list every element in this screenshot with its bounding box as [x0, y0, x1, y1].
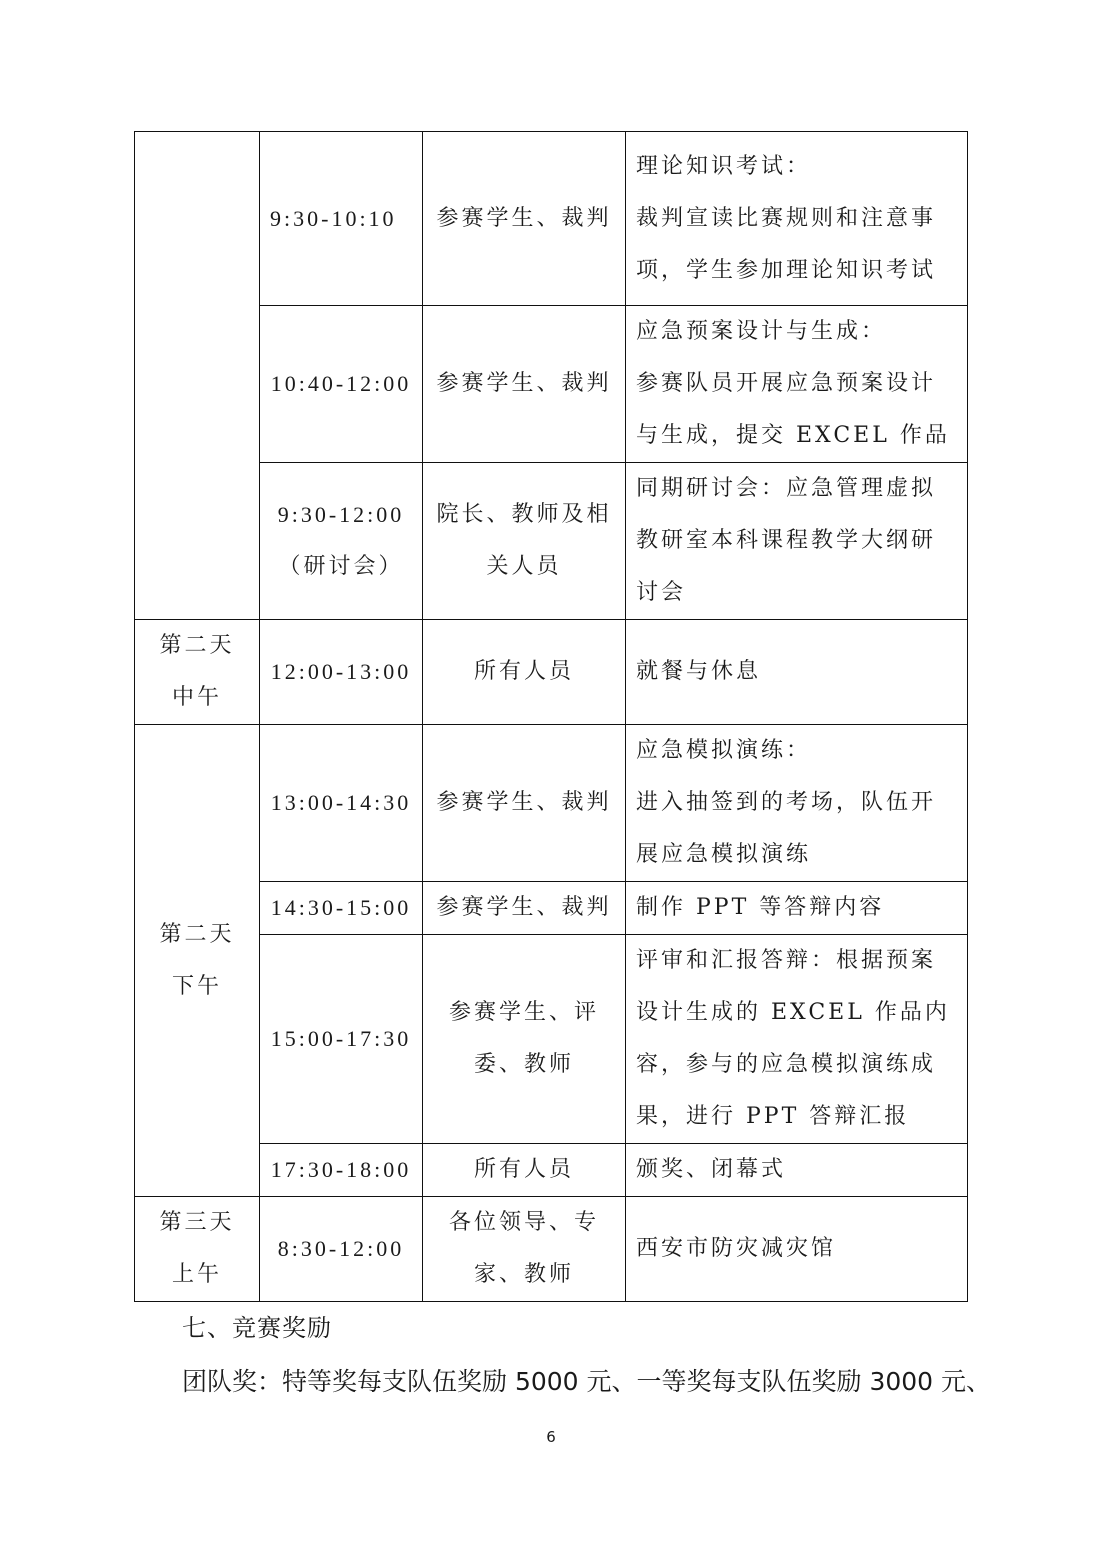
content-cell: 制作 PPT 等答辩内容	[626, 882, 968, 935]
people-text: 参赛学生、裁判	[433, 358, 615, 410]
people-text: 家、教师	[433, 1249, 615, 1301]
time-cell: 10:40-12:00	[260, 306, 423, 463]
content-text: 就餐与休息	[636, 646, 957, 698]
people-cell: 参赛学生、裁判	[423, 725, 626, 882]
day-text: 第三天	[145, 1197, 249, 1249]
table-row: 17:30-18:00 所有人员 颁奖、闭幕式	[135, 1144, 968, 1197]
content-cell: 评审和汇报答辩：根据预案 设计生成的 EXCEL 作品内 容，参与的应急模拟演练…	[626, 935, 968, 1144]
people-text: 关人员	[433, 541, 615, 593]
people-text: 参赛学生、裁判	[433, 777, 615, 829]
day-text: 第二天	[145, 909, 249, 961]
time-note: （研讨会）	[270, 541, 412, 593]
time-text: 8:30-12:00	[270, 1223, 412, 1275]
people-cell: 院长、教师及相 关人员	[423, 463, 626, 620]
table-row: 9:30-12:00 （研讨会） 院长、教师及相 关人员 同期研讨会：应急管理虚…	[135, 463, 968, 620]
day-cell: 第二天 下午	[135, 725, 260, 1197]
day-text: 第二天	[145, 620, 249, 672]
people-cell: 参赛学生、评 委、教师	[423, 935, 626, 1144]
period-text: 上午	[145, 1249, 249, 1301]
time-cell: 8:30-12:00	[260, 1197, 423, 1302]
table-row: 10:40-12:00 参赛学生、裁判 应急预案设计与生成： 参赛队员开展应急预…	[135, 306, 968, 463]
time-cell: 9:30-12:00 （研讨会）	[260, 463, 423, 620]
content-cell: 同期研讨会：应急管理虚拟 教研室本科课程教学大纲研 讨会	[626, 463, 968, 620]
content-text: 教研室本科课程教学大纲研	[636, 515, 957, 567]
content-text: 应急模拟演练：	[636, 725, 957, 777]
day-cell: 第二天 中午	[135, 620, 260, 725]
time-text: 13:00-14:30	[270, 777, 412, 829]
people-text: 院长、教师及相	[433, 489, 615, 541]
time-cell: 15:00-17:30	[260, 935, 423, 1144]
content-text: 果，进行 PPT 答辩汇报	[636, 1091, 957, 1143]
people-cell: 各位领导、专 家、教师	[423, 1197, 626, 1302]
content-text: 项，学生参加理论知识考试	[636, 245, 957, 297]
period-text: 下午	[145, 961, 249, 1013]
table-row: 9:30-10:10 参赛学生、裁判 理论知识考试： 裁判宣读比赛规则和注意事 …	[135, 132, 968, 306]
people-cell: 所有人员	[423, 620, 626, 725]
time-cell: 14:30-15:00	[260, 882, 423, 935]
table-row: 14:30-15:00 参赛学生、裁判 制作 PPT 等答辩内容	[135, 882, 968, 935]
content-text: 理论知识考试：	[636, 141, 957, 193]
content-text: 进入抽签到的考场，队伍开	[636, 777, 957, 829]
content-text: 容，参与的应急模拟演练成	[636, 1039, 957, 1091]
section-heading: 七、竞赛奖励	[182, 1308, 332, 1343]
content-text: 参赛队员开展应急预案设计	[636, 358, 957, 410]
people-text: 所有人员	[433, 646, 615, 698]
people-cell: 参赛学生、裁判	[423, 306, 626, 463]
people-text: 参赛学生、裁判	[433, 882, 615, 934]
content-cell: 就餐与休息	[626, 620, 968, 725]
people-text: 参赛学生、裁判	[433, 193, 615, 245]
time-cell: 17:30-18:00	[260, 1144, 423, 1197]
content-text: 讨会	[636, 567, 957, 619]
day-cell: 第三天 上午	[135, 1197, 260, 1302]
content-text: 与生成，提交 EXCEL 作品	[636, 410, 957, 462]
people-text: 委、教师	[433, 1039, 615, 1091]
people-text: 所有人员	[433, 1144, 615, 1196]
table-row: 第三天 上午 8:30-12:00 各位领导、专 家、教师 西安市防灾减灾馆	[135, 1197, 968, 1302]
people-text: 参赛学生、评	[433, 987, 615, 1039]
people-cell: 参赛学生、裁判	[423, 132, 626, 306]
day-cell	[135, 132, 260, 620]
content-cell: 颁奖、闭幕式	[626, 1144, 968, 1197]
content-cell: 应急预案设计与生成： 参赛队员开展应急预案设计 与生成，提交 EXCEL 作品	[626, 306, 968, 463]
content-text: 应急预案设计与生成：	[636, 306, 957, 358]
content-text: 设计生成的 EXCEL 作品内	[636, 987, 957, 1039]
table-row: 15:00-17:30 参赛学生、评 委、教师 评审和汇报答辩：根据预案 设计生…	[135, 935, 968, 1144]
content-text: 制作 PPT 等答辩内容	[636, 882, 957, 934]
page-number: 6	[0, 1428, 1102, 1446]
award-paragraph: 团队奖：特等奖每支队伍奖励 5000 元、一等奖每支队伍奖励 3000 元、	[182, 1362, 991, 1398]
time-cell: 13:00-14:30	[260, 725, 423, 882]
time-text: 12:00-13:00	[270, 646, 412, 698]
table-row: 第二天 中午 12:00-13:00 所有人员 就餐与休息	[135, 620, 968, 725]
time-text: 9:30-10:10	[270, 193, 412, 245]
content-cell: 理论知识考试： 裁判宣读比赛规则和注意事 项，学生参加理论知识考试	[626, 132, 968, 306]
time-text: 10:40-12:00	[270, 358, 412, 410]
table-row: 第二天 下午 13:00-14:30 参赛学生、裁判 应急模拟演练： 进入抽签到…	[135, 725, 968, 882]
content-text: 评审和汇报答辩：根据预案	[636, 935, 957, 987]
people-text: 各位领导、专	[433, 1197, 615, 1249]
content-text: 展应急模拟演练	[636, 829, 957, 881]
time-text: 14:30-15:00	[270, 882, 412, 934]
time-cell: 12:00-13:00	[260, 620, 423, 725]
time-text: 17:30-18:00	[270, 1144, 412, 1196]
content-text: 裁判宣读比赛规则和注意事	[636, 193, 957, 245]
content-text: 同期研讨会：应急管理虚拟	[636, 463, 957, 515]
time-text: 15:00-17:30	[270, 1013, 412, 1065]
time-text: 9:30-12:00	[270, 489, 412, 541]
schedule-table: 9:30-10:10 参赛学生、裁判 理论知识考试： 裁判宣读比赛规则和注意事 …	[134, 131, 968, 1302]
content-cell: 西安市防灾减灾馆	[626, 1197, 968, 1302]
time-cell: 9:30-10:10	[260, 132, 423, 306]
content-cell: 应急模拟演练： 进入抽签到的考场，队伍开 展应急模拟演练	[626, 725, 968, 882]
content-text: 西安市防灾减灾馆	[636, 1223, 957, 1275]
people-cell: 所有人员	[423, 1144, 626, 1197]
period-text: 中午	[145, 672, 249, 724]
people-cell: 参赛学生、裁判	[423, 882, 626, 935]
content-text: 颁奖、闭幕式	[636, 1144, 957, 1196]
